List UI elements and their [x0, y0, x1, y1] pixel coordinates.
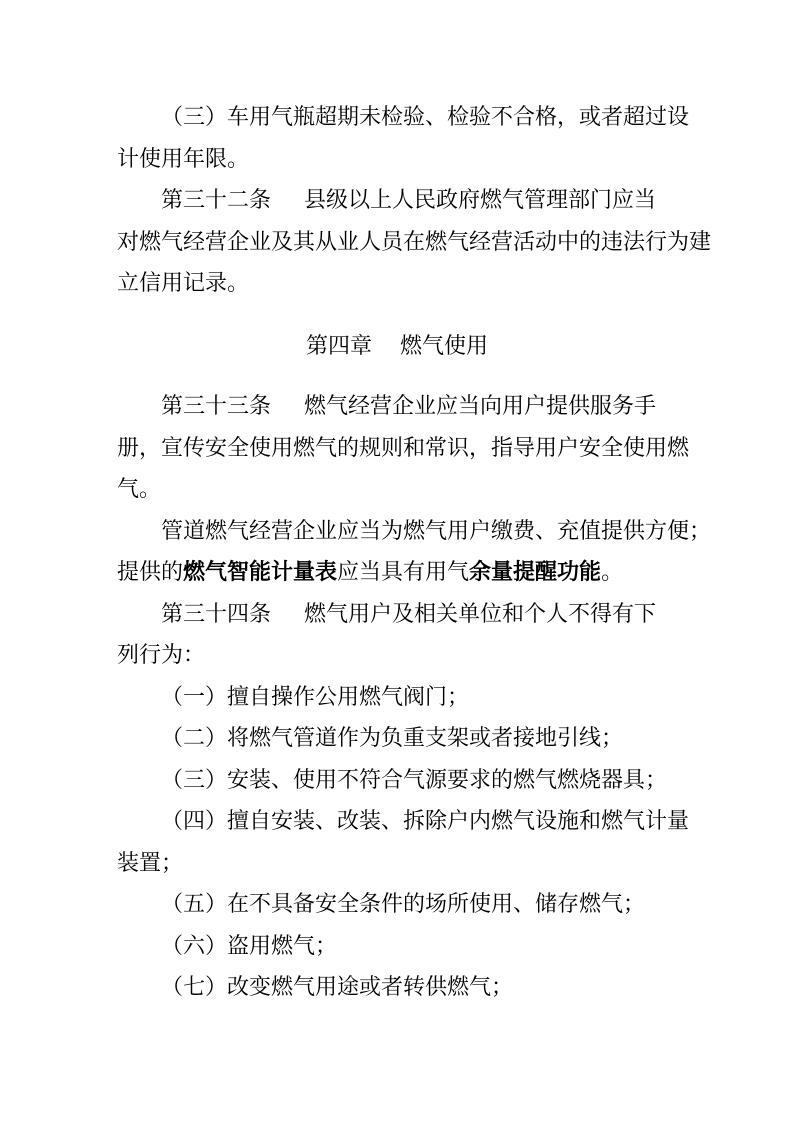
list-item-2: （二）将燃气管道作为负重支架或者接地引线； [117, 717, 677, 759]
list-item-1: （一）擅自操作公用燃气阀门； [117, 676, 677, 718]
clause-line: （三）车用气瓶超期未检验、检验不合格，或者超过设 [117, 96, 677, 138]
article-text: 县级以上人民政府燃气管理部门应当 [304, 187, 656, 212]
article-number: 第三十三条 [161, 393, 271, 418]
list-item-4: （四）擅自安装、改装、拆除户内燃气设施和燃气计量 [117, 800, 677, 842]
text-segment: 应当具有用气 [337, 559, 469, 584]
article-33-continuation: 册，宣传安全使用燃气的规则和常识，指导用户安全使用燃 [117, 427, 677, 469]
article-34-continuation: 列行为： [117, 634, 677, 676]
document-content: （三）车用气瓶超期未检验、检验不合格，或者超过设 计使用年限。 第三十二条县级以… [117, 96, 677, 1008]
article-33-continuation: 气。 [117, 468, 677, 510]
chapter-title: 燃气使用 [400, 333, 488, 358]
text-segment: 。 [601, 559, 623, 584]
paragraph-line: 管道燃气经营企业应当为燃气用户缴费、充值提供方便； [117, 510, 677, 552]
chapter-number: 第四章 [306, 333, 372, 358]
article-32-continuation: 对燃气经营企业及其从业人员在燃气经营活动中的违法行为建 [117, 221, 677, 263]
text-segment: 提供的 [117, 559, 183, 584]
article-number: 第三十四条 [161, 601, 271, 626]
clause-line-continuation: 计使用年限。 [117, 138, 677, 180]
article-text: 燃气经营企业应当向用户提供服务手 [304, 393, 656, 418]
bold-text-segment: 余量提醒功能 [469, 559, 601, 584]
document-page: （三）车用气瓶超期未检验、检验不合格，或者超过设 计使用年限。 第三十二条县级以… [0, 0, 793, 1122]
bold-text-segment: 燃气智能计量表 [183, 559, 337, 584]
chapter-heading: 第四章燃气使用 [117, 325, 677, 367]
article-32-line: 第三十二条县级以上人民政府燃气管理部门应当 [117, 179, 677, 221]
list-item-7: （七）改变燃气用途或者转供燃气； [117, 966, 677, 1008]
list-item-5: （五）在不具备安全条件的场所使用、储存燃气； [117, 883, 677, 925]
list-item-3: （三）安装、使用不符合气源要求的燃气燃烧器具； [117, 759, 677, 801]
article-text: 燃气用户及相关单位和个人不得有下 [304, 601, 656, 626]
paragraph-line-with-bold: 提供的燃气智能计量表应当具有用气余量提醒功能。 [117, 551, 677, 593]
article-34-line: 第三十四条燃气用户及相关单位和个人不得有下 [117, 593, 677, 635]
article-number: 第三十二条 [161, 187, 271, 212]
list-item-4-continuation: 装置； [117, 842, 677, 884]
article-32-continuation: 立信用记录。 [117, 262, 677, 304]
list-item-6: （六）盗用燃气； [117, 925, 677, 967]
article-33-line: 第三十三条燃气经营企业应当向用户提供服务手 [117, 385, 677, 427]
